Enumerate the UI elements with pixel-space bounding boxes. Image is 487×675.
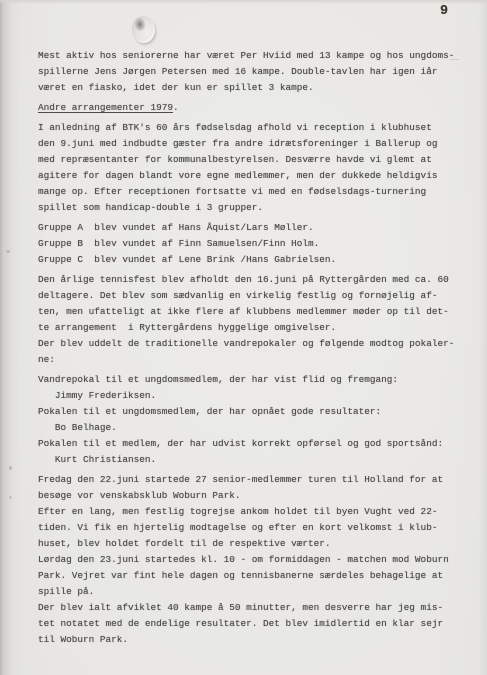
text-line: Lørdag den 23.juni startedes kl. 10 - om…	[38, 552, 468, 568]
text-line: tet notatet med de endelige resultater. …	[38, 616, 468, 632]
text-line: ten, men ufatteligt at ikke flere af klu…	[38, 304, 468, 320]
text-line: spillerne Jens Jørgen Petersen med 16 ka…	[38, 64, 468, 80]
text-line: Der blev uddelt de traditionelle vandrep…	[38, 336, 468, 352]
text-line: mange op. Efter receptionen fortsatte vi…	[38, 184, 468, 200]
text-line: ne:	[38, 352, 468, 368]
document-body-text: Mest aktiv hos seniorerne har været Per …	[38, 48, 468, 652]
text-line: deltagere. Det blev som sædvanlig en vir…	[38, 288, 468, 304]
text-line: med repræsentanter for kommunalbestyrels…	[38, 152, 468, 168]
paper-speck	[6, 250, 10, 253]
text-line: spille på.	[38, 584, 468, 600]
text-line: besøge vor venskabsklub Woburn Park.	[38, 488, 468, 504]
text-line: været en fiasko, idet der kun er spillet…	[38, 80, 468, 96]
heading-underlined-text: Andre arrangementer 1979	[38, 102, 173, 113]
text-line: agitere for dagen blandt vore egne medle…	[38, 168, 468, 184]
paragraph: Gruppe A blev vundet af Hans Åquist/Lars…	[38, 220, 468, 268]
text-line: den 9.juni med indbudte gæster fra andre…	[38, 136, 468, 152]
paragraph: Vandrepokal til et ungdomsmedlem, der ha…	[38, 372, 468, 468]
text-line: Pokalen til et medlem, der har udvist ko…	[38, 436, 468, 452]
page-right-edge-shadow	[479, 0, 487, 675]
round-blemish-mark	[130, 15, 157, 45]
text-line: Gruppe C blev vundet af Lene Brink /Hans…	[38, 252, 468, 268]
text-line: Jimmy Frederiksen.	[38, 388, 468, 404]
text-line: Gruppe A blev vundet af Hans Åquist/Lars…	[38, 220, 468, 236]
text-line: Pokalen til et ungdomsmedlem, der har op…	[38, 404, 468, 420]
text-line: te arrangement i Ryttergårdens hyggelige…	[38, 320, 468, 336]
text-line: Park. Vejret var fint hele dagen og tenn…	[38, 568, 468, 584]
page-number: 9	[440, 4, 448, 19]
paragraph: Den årlige tennisfest blev afholdt den 1…	[38, 272, 468, 368]
text-line: Bo Belhage.	[38, 420, 468, 436]
text-line: Kurt Christiansen.	[38, 452, 468, 468]
paper-speck	[9, 496, 12, 499]
paper-speck	[9, 466, 12, 470]
text-line: Den årlige tennisfest blev afholdt den 1…	[38, 272, 468, 288]
heading-line: Andre arrangementer 1979.	[38, 100, 468, 116]
page-left-edge-shadow	[0, 0, 18, 675]
text-line: spillet som handicap-double i 3 grupper.	[38, 200, 468, 216]
text-line: I anledning af BTK's 60 års fødselsdag a…	[38, 120, 468, 136]
section-heading: Andre arrangementer 1979.	[38, 100, 468, 116]
text-line: Mest aktiv hos seniorerne har været Per …	[38, 48, 468, 64]
page-top-edge-shadow	[0, 0, 487, 4]
text-line: Fredag den 22.juni startede 27 senior-me…	[38, 472, 468, 488]
text-line: Der blev ialt afviklet 40 kampe å 50 min…	[38, 600, 468, 616]
text-line: Vandrepokal til et ungdomsmedlem, der ha…	[38, 372, 468, 388]
scanned-typewritten-page: 9 Mest aktiv hos seniorerne har været Pe…	[0, 0, 487, 675]
paragraph: Mest aktiv hos seniorerne har været Per …	[38, 48, 468, 96]
paragraph: Fredag den 22.juni startede 27 senior-me…	[38, 472, 468, 648]
heading-suffix: .	[173, 102, 179, 113]
text-line: til Woburn Park.	[38, 632, 468, 648]
text-line: Efter en lang, men festlig togrejse anko…	[38, 504, 468, 520]
text-line: huset, blev holdet fordelt til de respek…	[38, 536, 468, 552]
paragraph: I anledning af BTK's 60 års fødselsdag a…	[38, 120, 468, 216]
text-line: tiden. Vi fik en hjertelig modtagelse og…	[38, 520, 468, 536]
text-line: Gruppe B blev vundet af Finn Samuelsen/F…	[38, 236, 468, 252]
